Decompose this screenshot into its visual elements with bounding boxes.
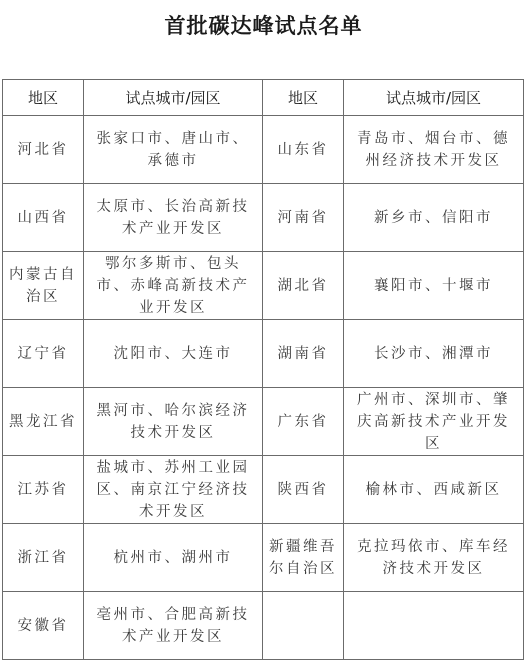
cities-cell: 榆林市、西咸新区 [344,456,524,524]
table-header-row: 地区 试点城市/园区 地区 试点城市/园区 [3,80,524,116]
document-title: 首批碳达峰试点名单 [0,10,527,40]
region-cell: 湖南省 [263,320,344,388]
region-cell: 新疆维吾尔自治区 [263,524,344,592]
cities-cell: 广州市、深圳市、肇庆高新技术产业开发区 [344,388,524,456]
cities-cell: 襄阳市、十堰市 [344,252,524,320]
cities-cell: 太原市、长治高新技术产业开发区 [84,184,263,252]
cities-cell: 青岛市、烟台市、德州经济技术开发区 [344,116,524,184]
cities-cell: 杭州市、湖州市 [84,524,263,592]
cities-cell: 克拉玛依市、库车经济技术开发区 [344,524,524,592]
header-region-right: 地区 [263,80,344,116]
table-row: 安徽省 亳州市、合肥高新技术产业开发区 [3,592,524,660]
region-cell: 陕西省 [263,456,344,524]
region-cell: 安徽省 [3,592,84,660]
region-cell: 辽宁省 [3,320,84,388]
cities-cell: 亳州市、合肥高新技术产业开发区 [84,592,263,660]
region-cell: 黑龙江省 [3,388,84,456]
region-cell: 河南省 [263,184,344,252]
region-cell: 山西省 [3,184,84,252]
table-row: 江苏省 盐城市、苏州工业园区、南京江宁经济技术开发区 陕西省 榆林市、西咸新区 [3,456,524,524]
cities-cell: 张家口市、唐山市、承德市 [84,116,263,184]
cities-cell: 新乡市、信阳市 [344,184,524,252]
header-cities-right: 试点城市/园区 [344,80,524,116]
table-row: 河北省 张家口市、唐山市、承德市 山东省 青岛市、烟台市、德州经济技术开发区 [3,116,524,184]
region-cell: 河北省 [3,116,84,184]
table-row: 内蒙古自治区 鄂尔多斯市、包头市、赤峰高新技术产业开发区 湖北省 襄阳市、十堰市 [3,252,524,320]
table-row: 浙江省 杭州市、湖州市 新疆维吾尔自治区 克拉玛依市、库车经济技术开发区 [3,524,524,592]
region-cell: 江苏省 [3,456,84,524]
pilot-list-table: 地区 试点城市/园区 地区 试点城市/园区 河北省 张家口市、唐山市、承德市 山… [2,79,524,660]
cities-cell: 黑河市、哈尔滨经济技术开发区 [84,388,263,456]
region-cell [263,592,344,660]
cities-cell: 鄂尔多斯市、包头市、赤峰高新技术产业开发区 [84,252,263,320]
region-cell: 内蒙古自治区 [3,252,84,320]
table-row: 黑龙江省 黑河市、哈尔滨经济技术开发区 广东省 广州市、深圳市、肇庆高新技术产业… [3,388,524,456]
region-cell: 湖北省 [263,252,344,320]
cities-cell: 盐城市、苏州工业园区、南京江宁经济技术开发区 [84,456,263,524]
region-cell: 广东省 [263,388,344,456]
cities-cell: 沈阳市、大连市 [84,320,263,388]
region-cell: 浙江省 [3,524,84,592]
header-cities-left: 试点城市/园区 [84,80,263,116]
table-row: 山西省 太原市、长治高新技术产业开发区 河南省 新乡市、信阳市 [3,184,524,252]
cities-cell: 长沙市、湘潭市 [344,320,524,388]
cities-cell [344,592,524,660]
region-cell: 山东省 [263,116,344,184]
table-row: 辽宁省 沈阳市、大连市 湖南省 长沙市、湘潭市 [3,320,524,388]
header-region-left: 地区 [3,80,84,116]
